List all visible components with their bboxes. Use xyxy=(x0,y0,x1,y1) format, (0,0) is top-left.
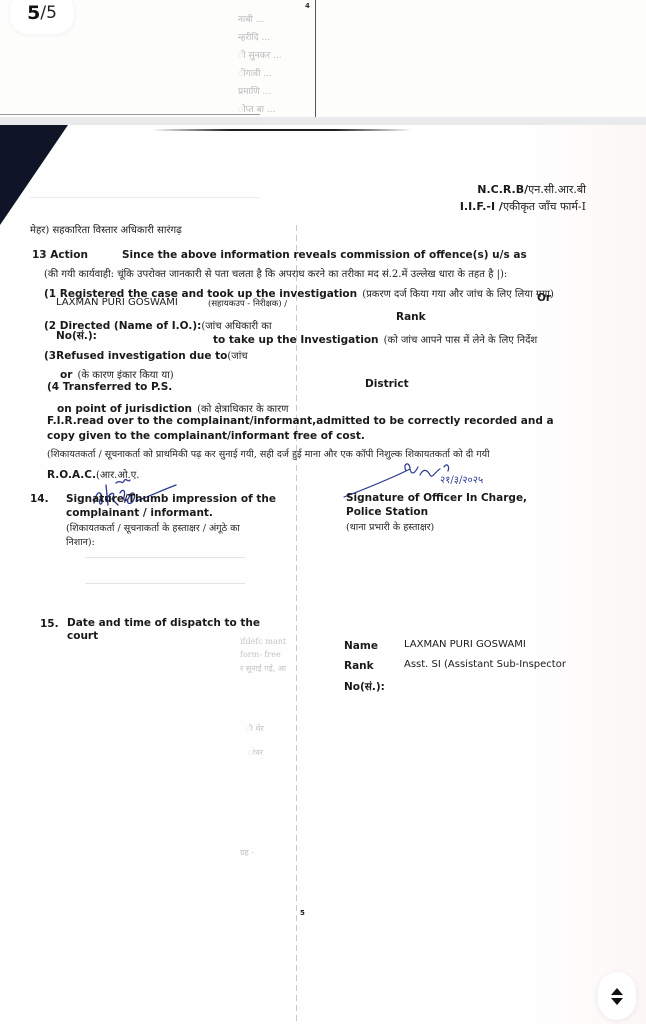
option-4: (4 Transferred to P.S. xyxy=(47,381,172,393)
carry-over-text: मेहर) सहकारिता विस्तार अधिकारी सारंगढ़ xyxy=(30,222,182,236)
no-label: No(सं.): xyxy=(344,680,385,694)
scroll-navigation-button[interactable] xyxy=(598,972,636,1020)
complainant-signature xyxy=(86,471,181,511)
option-1-officer: LAXMAN PURI GOSWAMI xyxy=(56,297,178,308)
page-gap xyxy=(0,117,646,125)
option-2-rank: Rank xyxy=(396,311,426,323)
section-15-number: 15. xyxy=(40,618,59,630)
officer-signature-label-1: Signature of Officer In Charge, xyxy=(346,492,527,504)
show-through-text: form- free xyxy=(240,650,281,659)
divider xyxy=(0,114,260,115)
svg-text:२१/३/२०२५: २१/३/२०२५ xyxy=(440,475,483,486)
divider xyxy=(85,557,245,558)
arrow-down-icon xyxy=(611,998,623,1005)
section-14-number: 14. xyxy=(30,493,49,505)
top-rule xyxy=(152,129,412,131)
show-through-text: ifdefc mant xyxy=(240,637,286,646)
previous-page-fragment: नाबी ... न्हरीदि ... ी सुनकर ... ीगावी .… xyxy=(0,0,646,117)
rank-value: Asst. SI (Assistant Sub-Inspector xyxy=(404,659,566,670)
or-label: Or xyxy=(537,292,551,304)
current-page: 5 xyxy=(27,2,40,24)
page-number: 5 xyxy=(300,909,305,917)
fold-line xyxy=(315,0,316,117)
option-2-take-up: to take up the Investigation (को जांच आप… xyxy=(213,328,537,347)
fir-statement-line-2: copy given to the complainant/informant … xyxy=(47,430,365,442)
divider xyxy=(30,197,260,198)
section-14-label-1: Signature/Thumb impression of the xyxy=(66,493,276,505)
section-14-label-hindi-1: (शिकायतकर्ता / सूचनाकर्ता के हस्ताक्षर /… xyxy=(66,521,240,534)
show-through-text: र सुनाई गई, आ xyxy=(240,663,286,674)
fir-statement-line-1: F.I.R.read over to the complainant/infor… xyxy=(47,415,554,427)
option-1-rank: (सहायकउप - निरीक्षक) / xyxy=(208,298,287,309)
section-15-label-1: Date and time of dispatch to the xyxy=(67,617,260,629)
name-label: Name xyxy=(344,640,378,652)
page-counter: 5 /5 xyxy=(10,0,74,34)
show-through-text: ी थेर xyxy=(246,723,264,734)
arrow-up-icon xyxy=(611,988,623,995)
officer-signature-label-2: Police Station xyxy=(346,506,428,518)
show-through-text: ांधर xyxy=(248,747,263,758)
section-14-label-hindi-2: निशान): xyxy=(66,535,95,548)
show-through-text: ग्रह - xyxy=(240,847,254,858)
option-3: (3Refused investigation due to(जांच xyxy=(44,344,248,363)
section-13-intro-hindi: (की गयी कार्यवाही: चूंकि उपरोक्त जानकारी… xyxy=(44,266,507,280)
total-pages: /5 xyxy=(40,3,57,23)
option-4-district: District xyxy=(365,378,409,390)
section-13-label: 13 Action xyxy=(32,249,88,261)
name-value: LAXMAN PURI GOSWAMI xyxy=(404,639,526,650)
section-13-intro: Since the above information reveals comm… xyxy=(122,249,527,261)
divider xyxy=(85,583,245,584)
rank-label: Rank xyxy=(344,660,374,672)
previous-page-number: 4 xyxy=(305,2,310,10)
document-page: N.C.R.B/एन.सी.आर.बी I.I.F.-I /एकीकृत जाँ… xyxy=(0,125,646,1024)
section-15-label-2: court xyxy=(67,630,98,642)
officer-signature-label-hindi: (थाना प्रभारी के हस्ताक्षर) xyxy=(346,520,434,533)
option-2-no: No(सं.): xyxy=(56,329,97,343)
previous-page-faint-text: नाबी ... न्हरीदि ... ी सुनकर ... ीगावी .… xyxy=(238,8,318,117)
section-14-label-2: complainant / informant. xyxy=(66,507,213,519)
option-4-jurisdiction: on point of jurisdiction (को क्षेत्राधिक… xyxy=(57,397,288,416)
dark-corner xyxy=(0,125,68,225)
form-header: N.C.R.B/एन.सी.आर.बी I.I.F.-I /एकीकृत जाँ… xyxy=(460,181,586,215)
option-3-or: or (के कारण इंकार किया या) xyxy=(60,363,174,382)
